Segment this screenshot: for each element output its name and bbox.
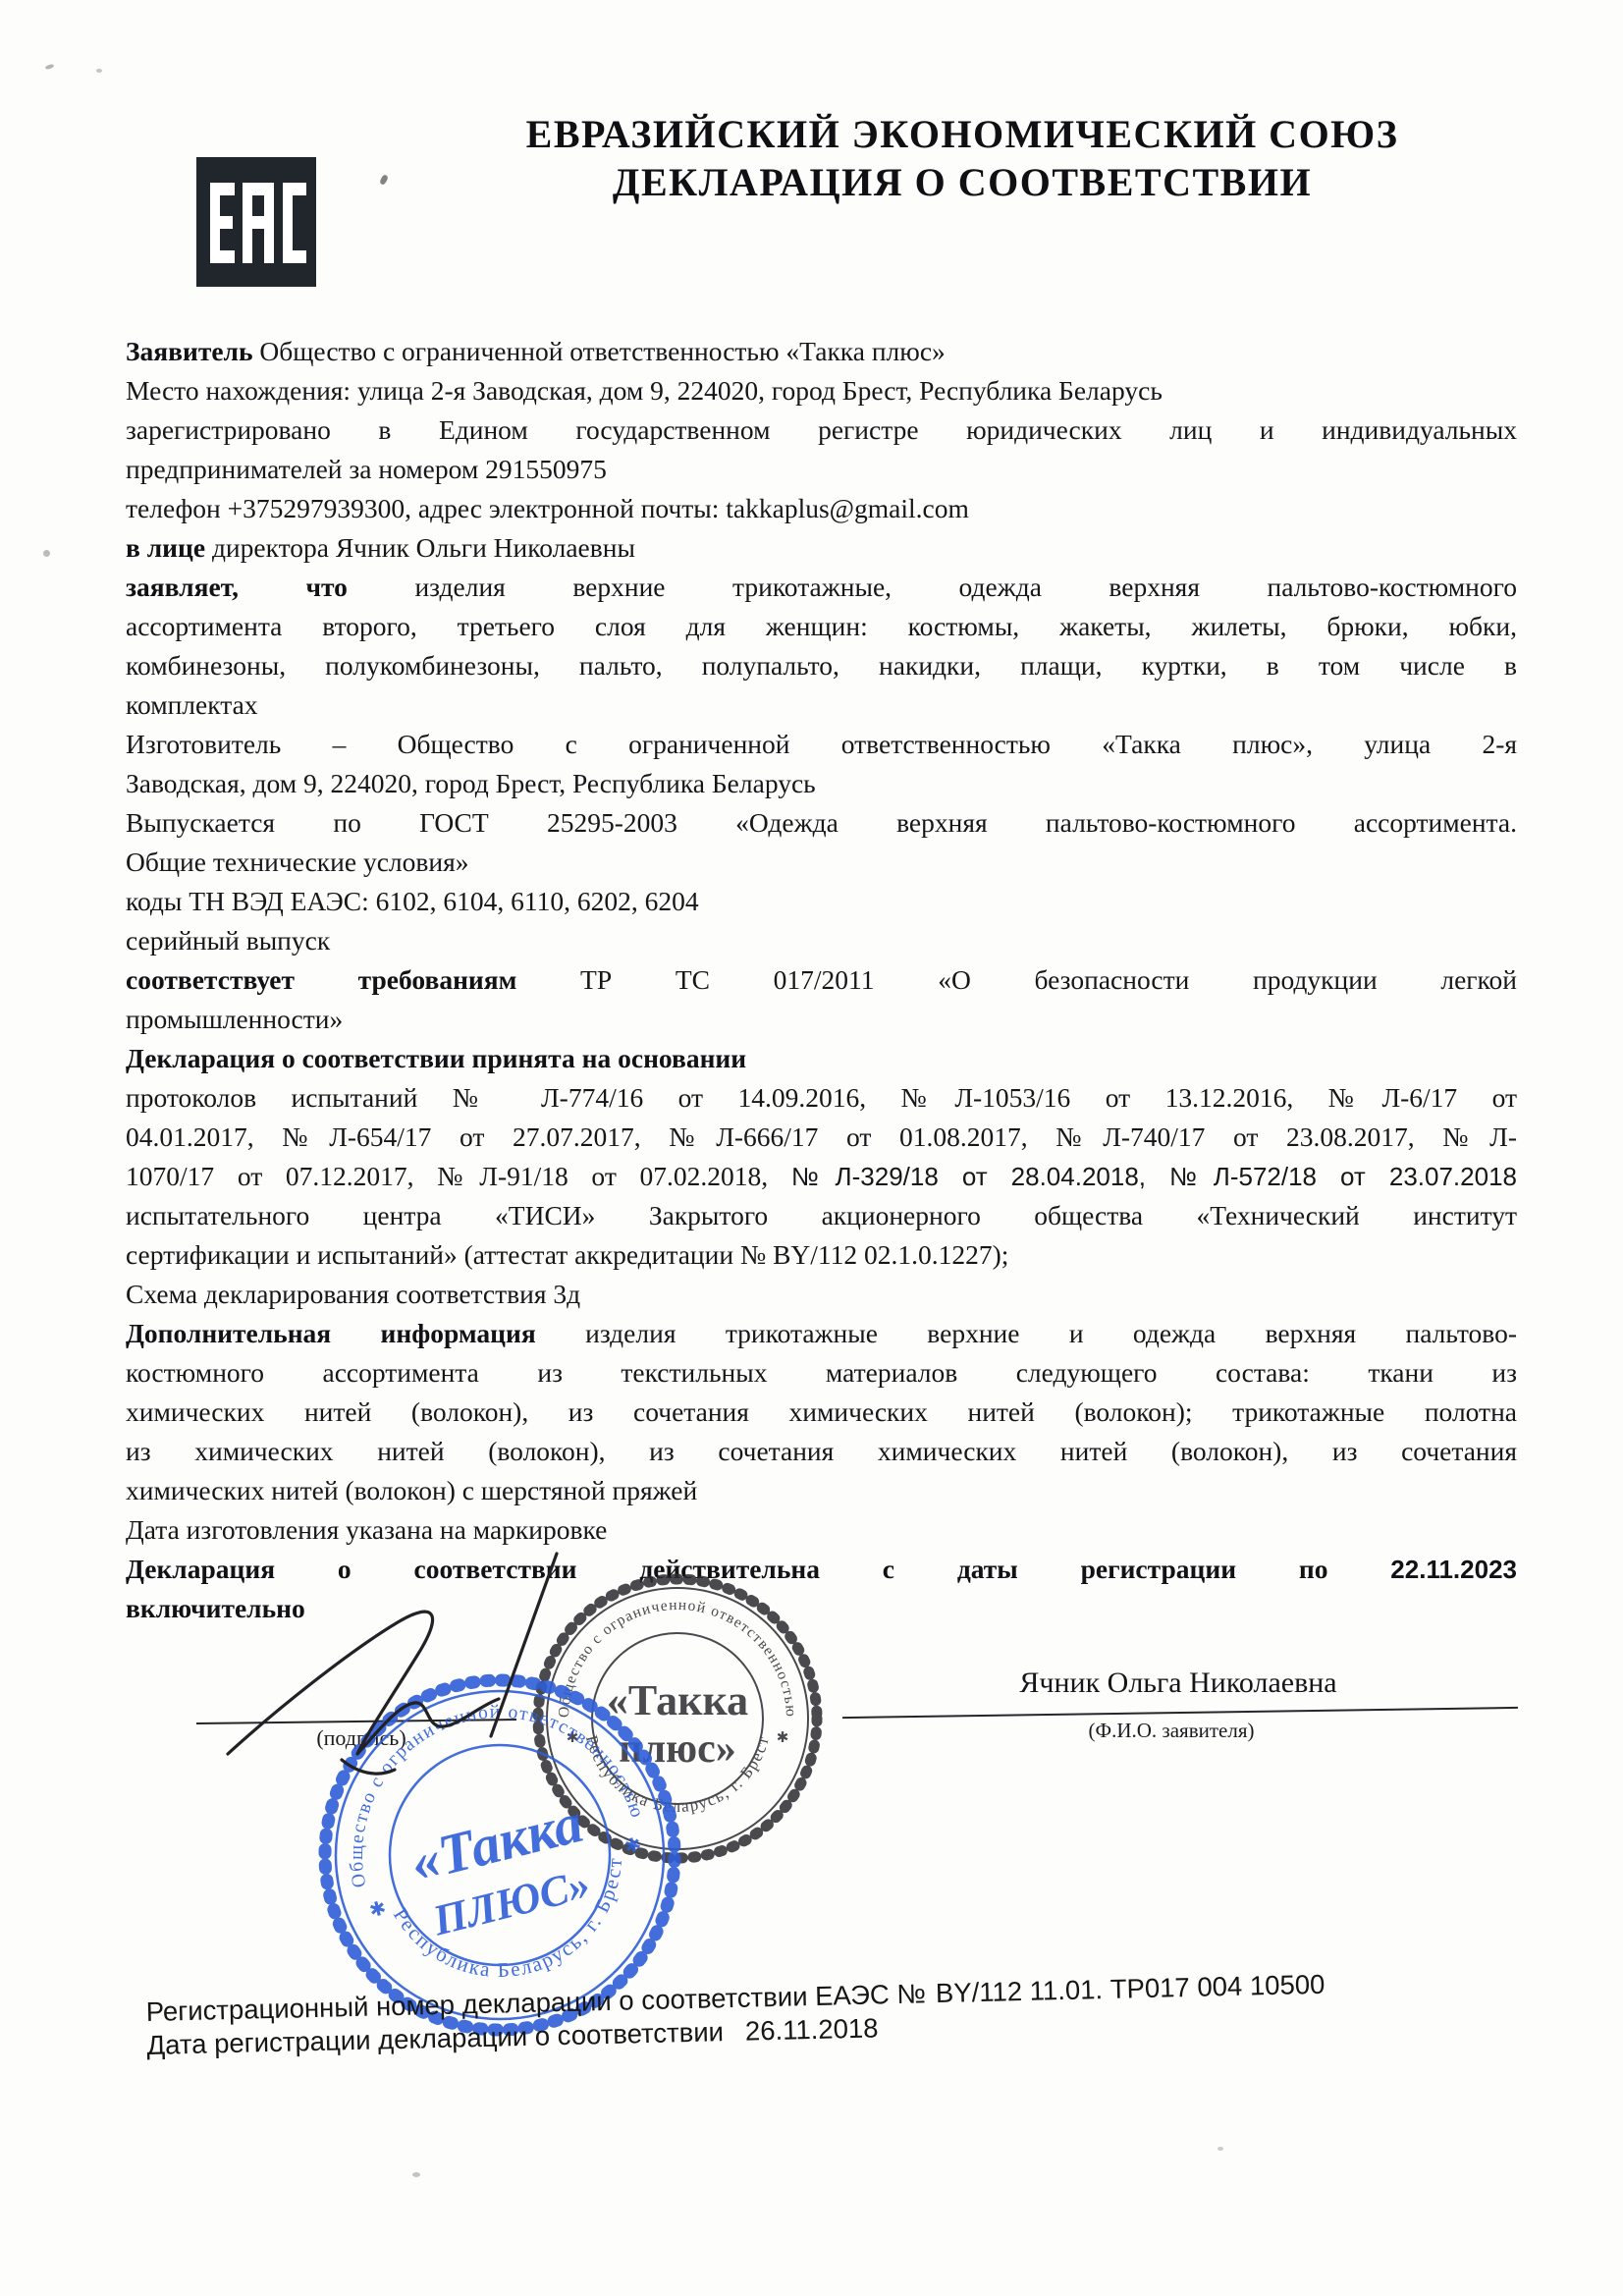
scan-artifact: [45, 64, 55, 71]
body-line: протоколов испытаний № Л-774/16 от 14.09…: [126, 1078, 1517, 1118]
body-line: Дополнительная информация изделия трикот…: [126, 1314, 1517, 1353]
body-line: предпринимателей за номером 291550975: [126, 450, 1517, 489]
scan-artifact: [412, 2172, 420, 2177]
title-line-declaration: ДЕКЛАРАЦИЯ О СООТВЕТСТВИИ: [295, 158, 1623, 206]
body-line: в лице директора Ячник Ольги Николаевны: [126, 528, 1517, 568]
body-line: серийный выпуск: [126, 921, 1517, 960]
body-line: соответствует требованиям ТР ТС 017/2011…: [126, 960, 1517, 1000]
declaration-document-page: ЕВРАЗИЙСКИЙ ЭКОНОМИЧЕСКИЙ СОЮЗ ДЕКЛАРАЦИ…: [0, 0, 1623, 2296]
body-line: Заводская, дом 9, 224020, город Брест, Р…: [126, 764, 1517, 803]
body-line: Декларация о соответствии принята на осн…: [126, 1039, 1517, 1078]
body-line: 1070/17 от 07.12.2017, №Л-91/18 от 07.02…: [126, 1157, 1517, 1196]
body-line: из химических нитей (волокон), из сочета…: [126, 1432, 1517, 1471]
applicant-name-caption: (Ф.И.О. заявителя): [1000, 1719, 1343, 1743]
stamp-separator-star: ✱: [777, 1730, 789, 1746]
body-line: Схема декларирования соответствия 3д: [126, 1275, 1517, 1314]
body-line: костюмного ассортимента из текстильных м…: [126, 1353, 1517, 1393]
handwritten-signature: [147, 1503, 697, 1797]
body-line: Заявитель Общество с ограниченной ответс…: [126, 332, 1517, 371]
title-line-union: ЕВРАЗИЙСКИЙ ЭКОНОМИЧЕСКИЙ СОЮЗ: [295, 110, 1623, 158]
body-line: комбинезоны, полукомбинезоны, пальто, по…: [126, 646, 1517, 685]
body-line: Изготовитель – Общество с ограниченной о…: [126, 725, 1517, 764]
body-line: заявляет, что изделия верхние трикотажны…: [126, 568, 1517, 607]
scan-artifact: [1217, 2147, 1223, 2151]
declaration-body: Заявитель Общество с ограниченной ответс…: [126, 332, 1517, 1628]
body-line: Выпускается по ГОСТ 25295-2003 «Одежда в…: [126, 803, 1517, 843]
body-line: испытательного центра «ТИСИ» Закрытого а…: [126, 1196, 1517, 1235]
registration-number-value: BY/112 11.01. ТР017 004 10500: [936, 1969, 1325, 2008]
stamp-separator-star: ✱: [622, 1833, 644, 1858]
body-line: 04.01.2017, №Л-654/17 от 27.07.2017, №Л-…: [126, 1118, 1517, 1157]
applicant-name-line: [842, 1707, 1518, 1719]
registration-date-value: 26.11.2018: [745, 2012, 879, 2046]
body-line: промышленности»: [126, 1000, 1517, 1039]
body-line: комплектах: [126, 685, 1517, 725]
body-line: химических нитей (волокон), из сочетания…: [126, 1393, 1517, 1432]
body-line: телефон +375297939300, адрес электронной…: [126, 489, 1517, 528]
body-line: зарегистрировано в Едином государственно…: [126, 410, 1517, 450]
applicant-name: Ячник Ольга Николаевна: [864, 1667, 1492, 1700]
scan-artifact: [43, 550, 50, 557]
body-line: сертификации и испытаний» (аттестат аккр…: [126, 1235, 1517, 1275]
body-line: Место нахождения: улица 2-я Заводская, д…: [126, 371, 1517, 410]
body-line: коды ТН ВЭД ЕАЭС: 6102, 6104, 6110, 6202…: [126, 882, 1517, 921]
body-line: Общие технические условия»: [126, 843, 1517, 882]
document-title: ЕВРАЗИЙСКИЙ ЭКОНОМИЧЕСКИЙ СОЮЗ ДЕКЛАРАЦИ…: [295, 110, 1623, 206]
body-line: ассортимента второго, третьего слоя для …: [126, 607, 1517, 646]
stamp-separator-star: ✱: [367, 1897, 389, 1922]
scan-artifact: [96, 69, 102, 73]
